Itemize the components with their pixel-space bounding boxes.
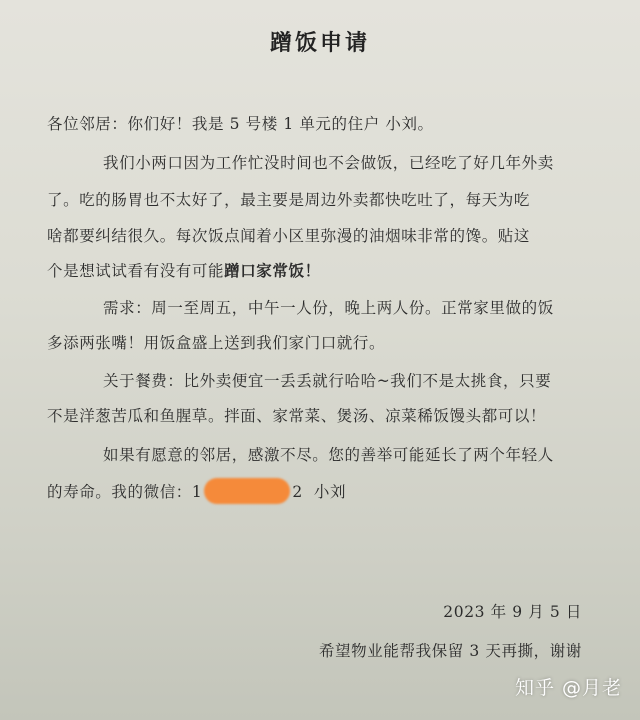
notice-paper: 蹭饭申请 各位邻居：你们好！我是 5 号楼 1 单元的住户 小刘。 我们小两口因… [0,0,640,720]
paragraph1-highlight: 蹭口家常饭！ [224,262,321,280]
paragraph2-line1: 需求：周一至周五，中午一人份，晚上两人份。正常家里做的饭 [103,296,554,318]
paragraph1-line1: 我们小两口因为工作忙没时间也不会做饭，已经吃了好几年外卖 [103,151,554,173]
signature: 小刘 [314,483,346,501]
greeting-line: 各位邻居：你们好！我是 5 号楼 1 单元的住户 小刘。 [47,112,434,134]
zhihu-watermark: 知乎 @月老 [515,673,622,700]
wechat-start: 1 [192,483,202,501]
document-date: 2023 年 9 月 5 日 [443,600,582,622]
paragraph3-line1: 关于餐费：比外卖便宜一丢丢就行哈哈~我们不是太挑食，只要 [103,369,551,391]
paragraph4-line1: 如果有愿意的邻居，感激不尽。您的善举可能延长了两个年轻人 [103,443,554,465]
paragraph3-line2: 不是洋葱苦瓜和鱼腥草。拌面、家常菜、煲汤、凉菜稀饭馒头都可以！ [47,404,546,426]
redaction-blob [204,478,290,504]
wechat-end: 2 [292,483,302,501]
postscript: 希望物业能帮我保留 3 天再撕，谢谢 [319,639,582,661]
paragraph1-line4-text: 个是想试试看有没有可能 [47,262,224,280]
paragraph1-line3: 啥都要纠结很久。每次饭点闻着小区里弥漫的油烟味非常的馋。贴这 [47,224,530,246]
wechat-label: 的寿命。我的微信： [47,483,192,501]
paragraph2-line2: 多添两张嘴！用饭盒盛上送到我们家门口就行。 [47,331,385,353]
paragraph1-line2: 了。吃的肠胃也不太好了，最主要是周边外卖都快吃吐了，每天为吃 [47,188,530,210]
paragraph1-line4: 个是想试试看有没有可能蹭口家常饭！ [47,259,321,281]
paragraph4-line2: 的寿命。我的微信：12 小刘 [47,480,346,506]
document-title: 蹭饭申请 [0,26,640,57]
